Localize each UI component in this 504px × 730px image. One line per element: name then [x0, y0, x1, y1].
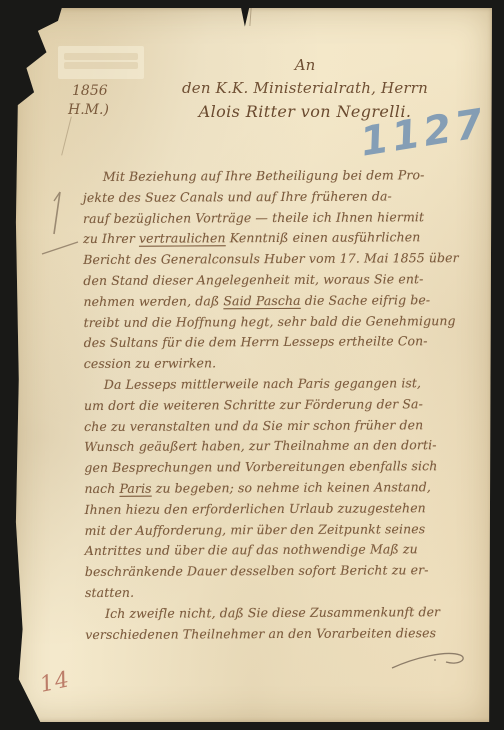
handwriting-line: Mit Beziehung auf Ihre Betheiligung bei …: [83, 165, 469, 188]
handwriting-line: verschiedenen Theilnehmer an den Vorarbe…: [85, 623, 471, 646]
handwriting-line: mit der Aufforderung, mir über den Zeitp…: [85, 519, 471, 542]
photo-backdrop: { "page": { "background_color": "#191917…: [0, 0, 504, 730]
paper-tear: [249, 8, 251, 26]
stamp-text-row: [64, 62, 138, 69]
handwriting-line: des Sultans für die dem Herrn Lesseps er…: [84, 331, 470, 354]
registry-note: 1856 H.M.): [68, 82, 109, 120]
handwriting-line: treibt und die Hoffnung hegt, sehr bald …: [84, 311, 470, 334]
embossed-stamp: [58, 46, 144, 79]
registry-year: 1856: [68, 82, 109, 101]
paraph-flourish-icon: [388, 646, 472, 674]
handwriting-line: Antrittes und über die auf das nothwendi…: [85, 539, 471, 562]
handwriting-line: Ich zweifle nicht, daß Sie diese Zusamme…: [85, 602, 471, 625]
handwriting-line: um dort die weiteren Schritte zur Förder…: [84, 394, 470, 417]
document-page: 1856 H.M.) An den K.K. Ministerialrath, …: [14, 8, 492, 722]
handwriting-line: nach Paris zu begeben; so nehme ich kein…: [84, 477, 470, 500]
handwriting-line: Wunsch geäußert haben, zur Theilnahme an…: [84, 435, 470, 458]
handwriting-line: che zu veranstalten und da Sie mir schon…: [84, 415, 470, 438]
handwriting-line: gen Besprechungen und Vorbereitungen ebe…: [84, 456, 470, 479]
folio-number: 14: [38, 667, 73, 698]
paper-crack: [61, 116, 72, 155]
margin-pencil-mark-icon: [38, 188, 82, 262]
registry-department: H.M.): [68, 101, 109, 120]
handwriting-line: cession zu erwirken.: [84, 352, 470, 375]
salutation: An: [174, 54, 436, 77]
handwriting-line: Da Lesseps mittlerweile nach Paris gegan…: [84, 373, 470, 396]
handwriting-line: beschränkende Dauer desselben sofort Ber…: [85, 560, 471, 583]
recipient-line-1: den K.K. Ministerialrath, Herrn: [174, 77, 436, 100]
letter-body: Mit Beziehung auf Ihre Betheiligung bei …: [83, 165, 471, 645]
handwriting-line: Ihnen hiezu den erforderlichen Urlaub zu…: [84, 498, 470, 521]
handwriting-line: den Stand dieser Angelegenheit mit, wora…: [83, 269, 469, 292]
handwriting-line: zu Ihrer vertraulichen Kenntniß einen au…: [83, 227, 469, 250]
handwriting-line: statten.: [85, 581, 471, 604]
address-block: An den K.K. Ministerialrath, Herrn Alois…: [174, 54, 436, 123]
handwriting-line: Bericht des Generalconsuls Huber vom 17.…: [83, 248, 469, 271]
handwriting-line: nehmen werden, daß Said Pascha die Sache…: [83, 290, 469, 313]
handwriting-line: rauf bezüglichen Vorträge — theile ich I…: [83, 207, 469, 230]
stamp-text-row: [64, 53, 138, 60]
handwriting-line: jekte des Suez Canals und auf Ihre frühe…: [83, 186, 469, 209]
